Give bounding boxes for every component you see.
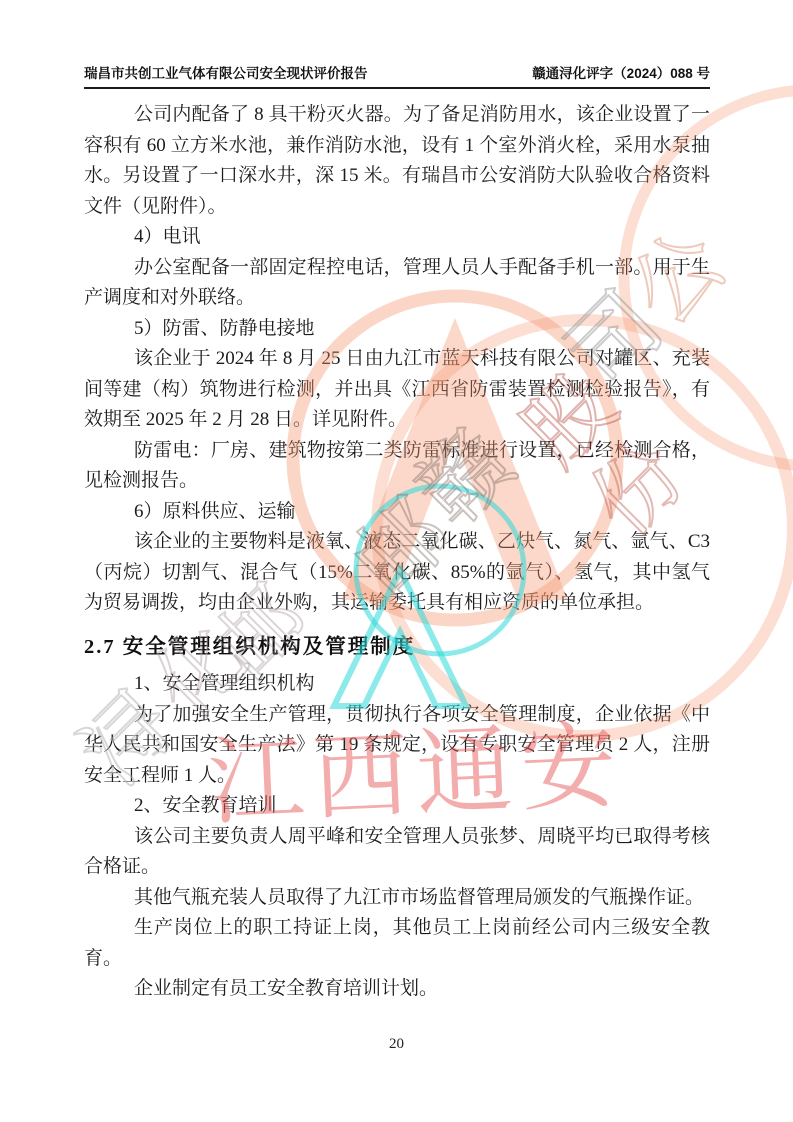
- list-subheading: 4）电讯: [84, 222, 710, 253]
- report-title: 瑞昌市共创工业气体有限公司安全现状评价报告: [84, 62, 368, 82]
- paragraph: 生产岗位上的职工持证上岗，其他员工上岗前经公司内三级安全教育。: [84, 913, 710, 974]
- list-subheading: 2、安全教育培训: [84, 791, 710, 822]
- document-body: 公司内配备了 8 具干粉灭火器。为了备足消防用水，该企业设置了一容积有 60 立…: [84, 100, 710, 1005]
- document-number: 赣通浔化评字（2024）088 号: [532, 62, 710, 82]
- paragraph: 该企业于 2024 年 8 月 25 日由九江市蓝天科技有限公司对罐区、充装间等…: [84, 344, 710, 436]
- paragraph: 公司内配备了 8 具干粉灭火器。为了备足消防用水，该企业设置了一容积有 60 立…: [84, 100, 710, 222]
- paragraph: 企业制定有员工安全教育培训计划。: [84, 974, 710, 1005]
- paragraph: 其他气瓶充装人员取得了九江市市场监督管理局颁发的气瓶操作证。: [84, 883, 710, 914]
- page-number: 20: [389, 1036, 404, 1052]
- section-heading: 2.7 安全管理组织机构及管理制度: [84, 632, 710, 663]
- list-subheading: 1、安全管理组织机构: [84, 669, 710, 700]
- paragraph: 防雷电：厂房、建筑物按第二类防雷标准进行设置，已经检测合格，见检测报告。: [84, 436, 710, 497]
- paragraph: 办公室配备一部固定程控电话，管理人员人手配备手机一部。用于生产调度和对外联络。: [84, 253, 710, 314]
- page-footer: 20: [0, 1036, 793, 1053]
- list-subheading: 6）原料供应、运输: [84, 497, 710, 528]
- paragraph: 该企业的主要物料是液氧、液态二氧化碳、乙炔气、氮气、氩气、C3（丙烷）切割气、混…: [84, 527, 710, 619]
- paragraph: 为了加强安全生产管理，贯彻执行各项安全管理制度，企业依据《中华人民共和国安全生产…: [84, 700, 710, 792]
- document-page: 瑞昌市共创工业气体有限公司安全现状评价报告 赣通浔化评字（2024）088 号 …: [0, 0, 793, 1122]
- paragraph: 该公司主要负责人周平峰和安全管理人员张梦、周晓平均已取得考核合格证。: [84, 822, 710, 883]
- page-header: 瑞昌市共创工业气体有限公司安全现状评价报告 赣通浔化评字（2024）088 号: [84, 62, 710, 89]
- list-subheading: 5）防雷、防静电接地: [84, 314, 710, 345]
